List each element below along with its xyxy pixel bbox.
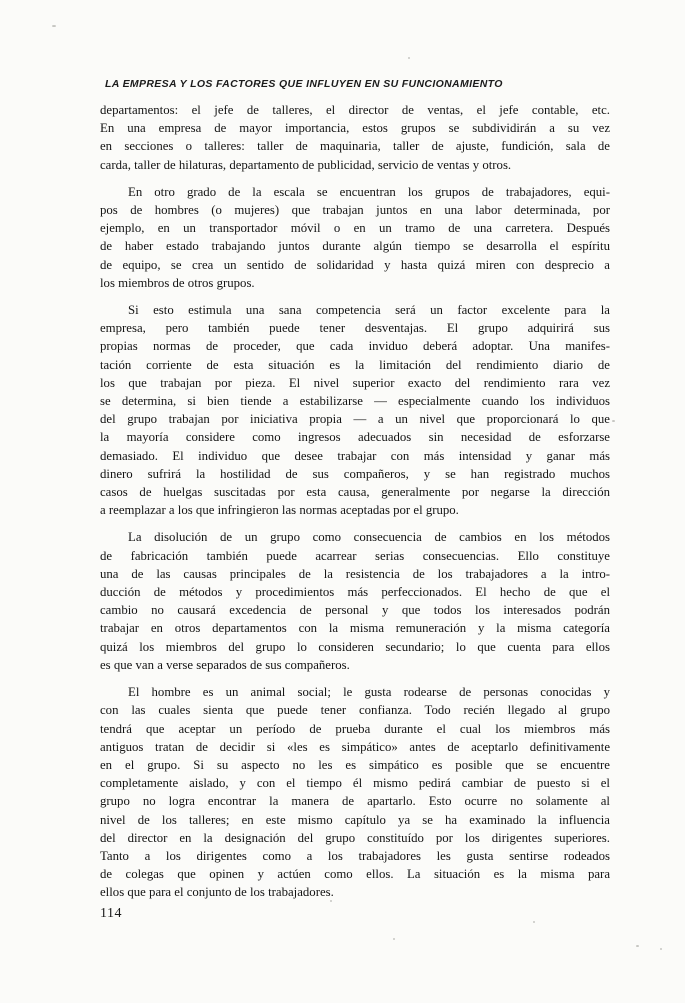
body-text: departamentos: el jefe de talleres, el d… [100,101,610,902]
paragraph: En otro grado de la escala se encuentran… [100,183,610,292]
text-line: tación corriente de esta situación es la… [100,356,610,374]
text-line: ducción de métodos y procedimientos más … [100,583,610,601]
text-line: quizá los miembros del grupo lo consider… [100,638,610,656]
text-line: ellos que para el conjunto de los trabaj… [100,883,610,901]
text-line: de colegas que opinen y actúen como ello… [100,865,610,883]
text-line: carda, taller de hilaturas, departamento… [100,156,610,174]
page-number: 114 [100,906,122,922]
scan-speck [330,900,332,902]
text-line: tendrá que aceptar un período de prueba … [100,720,610,738]
scan-speck [660,948,662,950]
text-line: de fabricación también puede acarrear se… [100,547,610,565]
text-line: antiguos tratan de decidir si «les es si… [100,738,610,756]
paragraph: La disolución de un grupo como consecuen… [100,528,610,674]
paragraph: El hombre es un animal social; le gusta … [100,683,610,901]
document-page: LA EMPRESA Y LOS FACTORES QUE INFLUYEN E… [0,0,685,1003]
text-line: empresa, pero también puede tener desven… [100,319,610,337]
text-line: se determina, si bien tiende a estabiliz… [100,392,610,410]
text-line: los que trabajan por pieza. El nivel sup… [100,374,610,392]
scan-speck [393,938,395,940]
text-line: Si esto estimula una sana competencia se… [100,301,610,319]
text-line: Tanto a los dirigentes como a los trabaj… [100,847,610,865]
text-line: la mayoría considere como ingresos adecu… [100,428,610,446]
text-line: una de las causas principales de la resi… [100,565,610,583]
text-line: demasiado. El individuo que desee trabaj… [100,447,610,465]
text-line: ejemplo, en un transportador móvil o en … [100,219,610,237]
text-line: grupo no logra encontrar la manera de ap… [100,792,610,810]
scan-speck [408,57,410,59]
text-line: completamente aislado, y con el tiempo é… [100,774,610,792]
text-line: El hombre es un animal social; le gusta … [100,683,610,701]
text-line: de haber estado trabajando juntos durant… [100,237,610,255]
text-line: trabajar en otros departamentos con la m… [100,619,610,637]
text-line: es que van a verse separados de sus comp… [100,656,610,674]
text-line: En una empresa de mayor importancia, est… [100,119,610,137]
running-header: LA EMPRESA Y LOS FACTORES QUE INFLUYEN E… [105,78,625,90]
text-line: La disolución de un grupo como consecuen… [100,528,610,546]
text-line: del grupo trabajan por iniciativa propia… [100,410,610,428]
paragraph: departamentos: el jefe de talleres, el d… [100,101,610,174]
text-line: En otro grado de la escala se encuentran… [100,183,610,201]
text-line: casos de huelgas suscitadas por esta cau… [100,483,610,501]
text-line: de equipo, se crea un sentido de solidar… [100,256,610,274]
text-line: los miembros de otros grupos. [100,274,610,292]
text-line: nivel de los talleres; en este mismo cap… [100,811,610,829]
text-line: en el grupo. Si su aspecto no les es sim… [100,756,610,774]
text-line: pos de hombres (o mujeres) que trabajan … [100,201,610,219]
text-line: dinero sufrirá la hostilidad de sus comp… [100,465,610,483]
text-line: propias normas de proceder, que cada inv… [100,337,610,355]
text-line: cambio no causará excedencia de personal… [100,601,610,619]
scan-speck [612,420,615,422]
scan-speck [52,25,56,27]
paragraph: Si esto estimula una sana competencia se… [100,301,610,519]
text-line: en secciones o talleres: taller de maqui… [100,137,610,155]
scan-speck [533,921,535,923]
text-line: del director en la designación del grupo… [100,829,610,847]
text-line: a reemplazar a los que infringieron las … [100,501,610,519]
text-line: con las cuales sienta que puede tener co… [100,701,610,719]
scan-speck [636,945,639,947]
text-line: departamentos: el jefe de talleres, el d… [100,101,610,119]
